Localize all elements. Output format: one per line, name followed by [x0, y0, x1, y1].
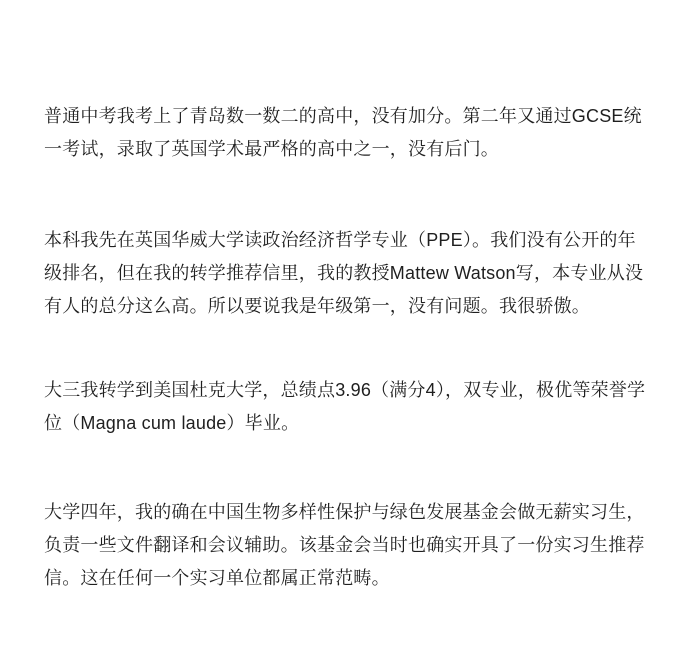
paragraph-duke-university: 大三我转学到美国杜克大学，总绩点3.96（满分4），双专业，极优等荣誉学位（Ma… — [44, 374, 648, 440]
article-body: 普通中考我考上了青岛数一数二的高中，没有加分。第二年又通过GCSE统一考试，录取… — [0, 0, 690, 595]
paragraph-internship: 大学四年，我的确在中国生物多样性保护与绿色发展基金会做无薪实习生，负责一些文件翻… — [44, 496, 648, 595]
paragraph-warwick-university: 本科我先在英国华威大学读政治经济哲学专业（PPE）。我们没有公开的年级排名，但在… — [44, 224, 648, 323]
paragraph-highschool: 普通中考我考上了青岛数一数二的高中，没有加分。第二年又通过GCSE统一考试，录取… — [44, 100, 648, 166]
